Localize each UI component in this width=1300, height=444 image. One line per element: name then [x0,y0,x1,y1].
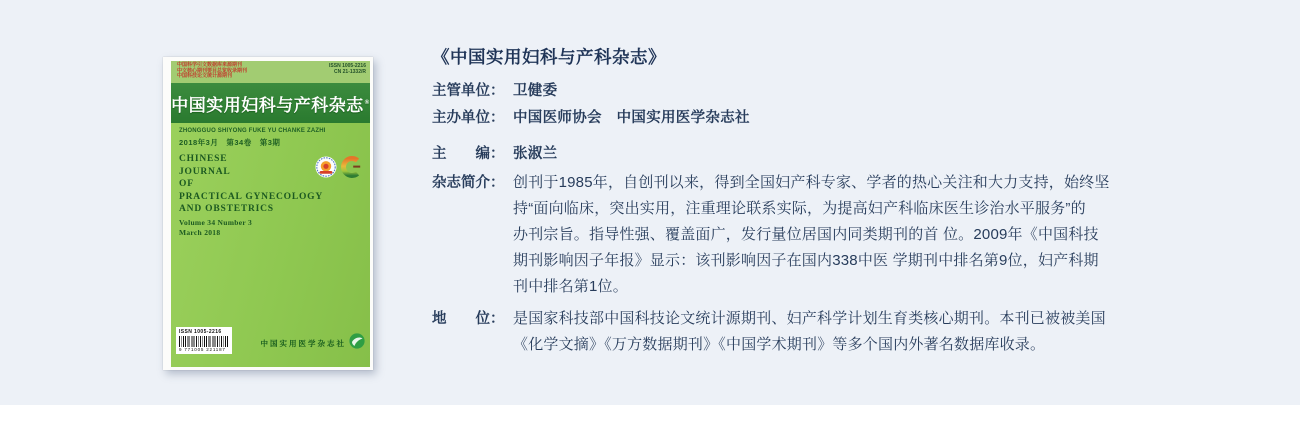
cover-title-band: 中国实用妇科与产科杂志® [171,83,370,123]
barcode-bars [179,336,229,347]
supervisor-row: 主管单位： 卫健委 [432,81,557,101]
intro-line: 刊中排名第1位。 [513,274,1110,300]
intro-line: 持“面向临床，突出实用，注重理论联系实际，为提高妇产科临床医生诊治水平服务”的 [513,196,1110,222]
cover-honor-list: 中国科学引文数据库来源期刊 中文核心期刊要目总览收录期刊 中国科技论文统计源期刊 [177,63,247,83]
cover-english-line: AND OBSTETRICS [179,203,370,216]
chief-editor-row: 主 编： 张淑兰 [432,144,557,164]
sponsor-label: 主办单位： [432,108,513,128]
status-label: 地 位： [432,306,513,358]
supervisor-value: 卫健委 [513,81,557,101]
barcode-issn-text: ISSN 1005-2216 [179,329,229,335]
intro-label: 杂志简介： [432,170,513,300]
status-block: 地 位： 是国家科技部中国科技论文统计源期刊、妇产科学计划生育类核心期刊。本刊已… [432,306,1106,358]
globe-logo-icon [349,333,365,354]
cover-artwork: 中国科学引文数据库来源期刊 中文核心期刊要目总览收录期刊 中国科技论文统计源期刊… [171,61,370,367]
cover-english-line: PRACTICAL GYNECOLOGY [179,191,370,204]
journal-award-c-logo-icon [340,155,364,184]
cover-body: ZHONGGUO SHIYONG FUKE YU CHANKE ZAZHI 20… [171,123,370,367]
cover-date-line: March 2018 [179,228,370,237]
sponsor-row: 主办单位： 中国医师协会 中国实用医学杂志社 [432,108,750,128]
cover-pinyin: ZHONGGUO SHIYONG FUKE YU CHANKE ZAZHI [179,128,370,134]
registered-mark: ® [365,100,370,106]
status-line: 《化学文摘》《万方数据期刊》《中国学术期刊》等多个国内外著名数据库收录。 [513,332,1106,358]
cover-honor-line: 中国科技论文统计源期刊 [177,74,247,80]
chief-editor-value: 张淑兰 [513,144,557,164]
cover-cn-number: CN 21-1332/R [329,69,366,75]
supervisor-label: 主管单位： [432,81,513,101]
cover-badges [315,155,364,184]
journal-title: 《中国实用妇科与产科杂志》 [432,44,666,69]
intro-block: 杂志简介： 创刊于1985年，自创刊以来，得到全国妇产科专家、学者的热心关注和大… [432,170,1110,300]
barcode-digits: 9 771005 221187 [179,347,229,352]
journal-detail-page: 中国科学引文数据库来源期刊 中文核心期刊要目总览收录期刊 中国科技论文统计源期刊… [0,0,1300,444]
cover-publisher-row: 中国实用医学杂志社 [261,333,366,354]
intro-line: 创刊于1985年，自创刊以来，得到全国妇产科专家、学者的热心关注和大力支持，始终… [513,170,1110,196]
cover-issue-line: 2018年3月 第34卷 第3期 [179,137,370,148]
chief-editor-label: 主 编： [432,144,513,164]
cover-top-band: 中国科学引文数据库来源期刊 中文核心期刊要目总览收录期刊 中国科技论文统计源期刊… [171,61,370,83]
intro-line: 办刊宗旨。指导性强、覆盖面广，发行量位居国内同类期刊的首 位。2009年《中国科… [513,222,1110,248]
cover-issn-block: ISSN 1005-2216 CN 21-1332/R [329,63,366,83]
cover-publisher-name: 中国实用医学杂志社 [261,338,347,349]
barcode: ISSN 1005-2216 9 771005 221187 [176,327,232,354]
intro-text: 创刊于1985年，自创刊以来，得到全国妇产科专家、学者的热心关注和大力支持，始终… [513,170,1110,300]
intro-line: 期刊影响因子年报》显示：该刊影响因子在国内338中医 学期刊中排名第9位，妇产科… [513,248,1110,274]
journal-seal-badge-icon [315,156,337,183]
cover-title: 中国实用妇科与产科杂志 [171,91,364,116]
status-text: 是国家科技部中国科技论文统计源期刊、妇产科学计划生育类核心期刊。本刊已被被美国 … [513,306,1106,358]
cover-volume-line: Volume 34 Number 3 [179,218,370,227]
status-line: 是国家科技部中国科技论文统计源期刊、妇产科学计划生育类核心期刊。本刊已被被美国 [513,306,1106,332]
sponsor-value: 中国医师协会 中国实用医学杂志社 [513,108,750,128]
journal-cover-thumbnail[interactable]: 中国科学引文数据库来源期刊 中文核心期刊要目总览收录期刊 中国科技论文统计源期刊… [163,57,373,370]
